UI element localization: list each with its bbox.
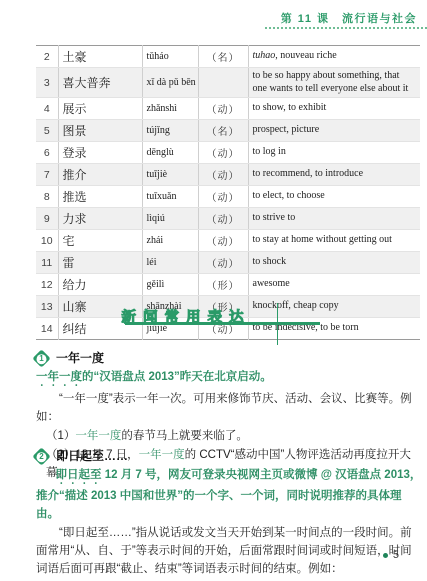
table-row: 7 推介 tuījiè （动） to recommend, to introdu…: [36, 164, 420, 186]
vocab-meaning: tuhao, nouveau riche: [248, 46, 420, 68]
vocab-meaning: to recommend, to introduce: [248, 164, 420, 186]
page-number: 5: [383, 549, 399, 561]
vocab-pos: （名）: [198, 46, 248, 68]
table-row: 3 喜大普奔 xǐ dà pǔ bēn to be so happy about…: [36, 68, 420, 98]
vocabulary-table: 2 土豪 tǔháo （名） tuhao, nouveau riche 3 喜大…: [36, 45, 420, 340]
vocab-pos: （动）: [198, 230, 248, 252]
vocab-pos: （动）: [198, 142, 248, 164]
item-number-badge: 1: [32, 349, 50, 367]
vocab-pinyin: gěilì: [142, 274, 198, 296]
vocab-number: 7: [36, 164, 58, 186]
vocab-pos: （形）: [198, 274, 248, 296]
table-row: 2 土豪 tǔháo （名） tuhao, nouveau riche: [36, 46, 420, 68]
table-row: 10 宅 zhái （动） to stay at home without ge…: [36, 230, 420, 252]
usage-example-1: （1）一年一度的春节马上就要来临了。: [36, 427, 422, 445]
grammar-item-2-header: 2 即日起至……: [36, 448, 422, 464]
banner-horizontal-line: [125, 322, 320, 325]
vocab-pos: （动）: [198, 208, 248, 230]
vocab-pos: [198, 68, 248, 98]
vocab-pinyin: xǐ dà pǔ bēn: [142, 68, 198, 98]
vocab-word: 推介: [58, 164, 142, 186]
vocab-word: 登录: [58, 142, 142, 164]
vocab-pos: （动）: [198, 252, 248, 274]
vocab-number: 10: [36, 230, 58, 252]
grammar-item-2: 2 即日起至…… 即日起至 12 月 7 号，网友可登录央视网主页或微博 @ 汉…: [36, 448, 422, 578]
vocab-pos: （动）: [198, 164, 248, 186]
vocab-meaning: to stay at home without getting out: [248, 230, 420, 252]
vocab-word: 图景: [58, 120, 142, 142]
vocab-pinyin: tuījiè: [142, 164, 198, 186]
table-row: 4 展示 zhǎnshì （动） to show, to exhibit: [36, 98, 420, 120]
textbook-page: 第 11 课 流行语与社会 2 土豪 tǔháo （名） tuhao, nouv…: [0, 0, 427, 581]
vocab-meaning: to elect, to choose: [248, 186, 420, 208]
banner-vertical-line: [277, 303, 278, 345]
vocab-pinyin: zhái: [142, 230, 198, 252]
vocab-meaning: to show, to exhibit: [248, 98, 420, 120]
vocab-number: 6: [36, 142, 58, 164]
vocab-pos: （名）: [198, 120, 248, 142]
grammar-item-1-header: 1 一年一度: [36, 350, 422, 366]
vocab-number: 11: [36, 252, 58, 274]
vocab-pinyin: dēnglù: [142, 142, 198, 164]
table-row: 11 雷 léi （动） to shock: [36, 252, 420, 274]
vocab-meaning: to be so happy about something, that one…: [248, 68, 420, 98]
table-row: 8 推选 tuīxuǎn （动） to elect, to choose: [36, 186, 420, 208]
grammar-item-title: 一年一度: [56, 349, 104, 367]
vocab-number: 3: [36, 68, 58, 98]
vocab-word: 力求: [58, 208, 142, 230]
vocab-meaning: to shock: [248, 252, 420, 274]
page-number-value: 5: [393, 549, 399, 561]
table-row: 9 力求 lìqiú （动） to strive to: [36, 208, 420, 230]
vocab-meaning: prospect, picture: [248, 120, 420, 142]
vocab-number: 8: [36, 186, 58, 208]
lesson-header: 第 11 课 流行语与社会: [281, 10, 417, 26]
explanation-text: “即日起至……”指从说话或发文当天开始到某一时间点的一段时间。前面常用“从、自、…: [36, 524, 422, 578]
header-dotted-line: [265, 27, 427, 29]
vocab-number: 12: [36, 274, 58, 296]
vocab-pos: （动）: [198, 98, 248, 120]
vocab-word: 雷: [58, 252, 142, 274]
vocab-pinyin: tǔháo: [142, 46, 198, 68]
explanation-text: “一年一度”表示一年一次。可用来修饰节庆、活动、会议、比赛等。例如：: [36, 390, 422, 426]
vocab-pinyin: lìqiú: [142, 208, 198, 230]
vocab-pos: （动）: [198, 186, 248, 208]
vocab-meaning: to log in: [248, 142, 420, 164]
vocab-word: 土豪: [58, 46, 142, 68]
table-row: 12 给力 gěilì （形） awesome: [36, 274, 420, 296]
table-row: 5 图景 tújǐng （名） prospect, picture: [36, 120, 420, 142]
vocab-meaning: to strive to: [248, 208, 420, 230]
vocab-number: 9: [36, 208, 58, 230]
vocab-word: 宅: [58, 230, 142, 252]
table-row: 6 登录 dēnglù （动） to log in: [36, 142, 420, 164]
vocab-pinyin: tújǐng: [142, 120, 198, 142]
vocab-meaning: awesome: [248, 274, 420, 296]
vocab-word: 展示: [58, 98, 142, 120]
vocab-number: 5: [36, 120, 58, 142]
vocab-word: 推选: [58, 186, 142, 208]
item-number-badge: 2: [32, 447, 50, 465]
vocab-word: 喜大普奔: [58, 68, 142, 98]
example-sentence: 一年一度的“汉语盘点 2013”昨天在北京启动。: [36, 368, 422, 389]
vocab-pinyin: zhǎnshì: [142, 98, 198, 120]
example-sentence: 即日起至 12 月 7 号，网友可登录央视网主页或微博 @ 汉语盘点 2013，…: [36, 466, 422, 523]
page-number-dot-icon: [383, 553, 388, 558]
vocab-number: 4: [36, 98, 58, 120]
vocab-pinyin: léi: [142, 252, 198, 274]
vocab-pinyin: tuīxuǎn: [142, 186, 198, 208]
grammar-item-title: 即日起至……: [56, 447, 128, 465]
vocab-word: 给力: [58, 274, 142, 296]
vocab-number: 2: [36, 46, 58, 68]
